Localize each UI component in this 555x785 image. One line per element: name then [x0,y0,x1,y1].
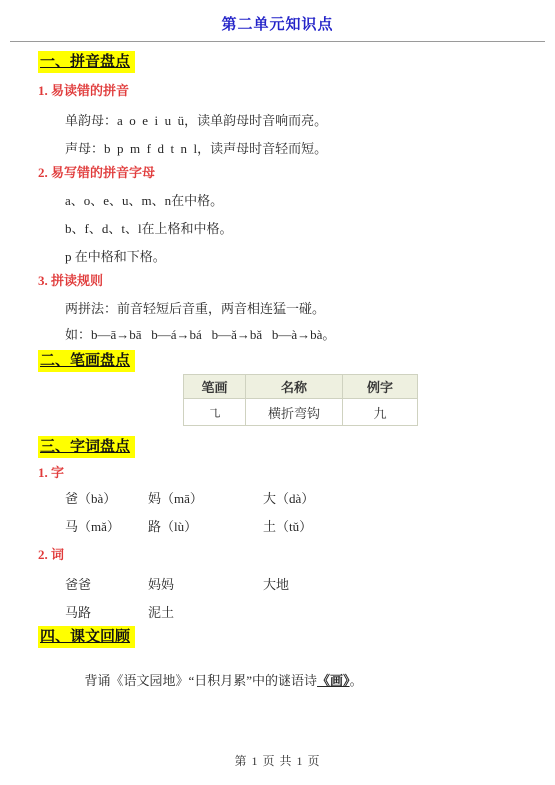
section-heading-strokes: 二、笔画盘点 [38,350,135,372]
table-header-name: 名称 [246,375,343,399]
pinyin-vowels-line: 单韵母：a o e i u ü，读单韵母时音响而亮。 [65,112,529,130]
char-ma: 妈（mā） [148,490,263,508]
section-heading-pinyin-row: 一、拼音盘点 [38,51,529,73]
recite-poem-title: 《画》 [317,673,350,688]
section-heading-review: 四、课文回顾 [38,626,135,648]
recite-line: 背诵《语文园地》“日积月累”中的谜语诗《画》。 [65,654,529,708]
document-body: 一、拼音盘点 1. 易读错的拼音 单韵母：a o e i u ü，读单韵母时音响… [0,51,555,708]
midline-letters-line: a、o、e、u、m、n在中格。 [65,192,529,210]
subheading-spelling-rules: 3. 拼读规则 [38,272,529,290]
subheading-words: 2. 词 [38,546,529,564]
words-row-2: 马路 泥土 [65,604,529,622]
document-page: 第二单元知识点 一、拼音盘点 1. 易读错的拼音 单韵母：a o e i u ü… [0,0,555,785]
table-header-example: 例字 [343,375,418,399]
pinyin-consonants-line: 声母：b p m f d t n l，读声母时音轻而短。 [65,140,529,158]
title-divider [10,41,545,42]
two-spell-rule-line: 两拼法：前音轻短后音重，两音相连猛一碰。 [65,300,529,318]
words-row-1: 爸爸 妈妈 大地 [65,576,529,594]
spelling-examples-line: 如：b—ā→bā b—á→bá b—ǎ→bǎ b—à→bà。 [65,326,529,344]
word-nitu: 泥土 [148,604,263,622]
word-empty [263,604,529,622]
char-tu: 土（tǔ） [263,518,529,536]
char-ba: 爸（bà） [65,490,148,508]
characters-row-1: 爸（bà） 妈（mā） 大（dà） [65,490,529,508]
char-lu: 路（lù） [148,518,263,536]
recite-suffix: 。 [350,673,363,688]
word-mama: 妈妈 [148,576,263,594]
section-heading-review-row: 四、课文回顾 [38,626,529,648]
char-da: 大（dà） [263,490,529,508]
subheading-characters: 1. 字 [38,464,529,482]
word-baba: 爸爸 [65,576,148,594]
subheading-pinyin-misread: 1. 易读错的拼音 [38,82,529,100]
char-ma3: 马（mǎ） [65,518,148,536]
table-cell-example-char: 九 [343,399,418,426]
word-malu: 马路 [65,604,148,622]
section-heading-strokes-row: 二、笔画盘点 [38,350,529,372]
section-heading-pinyin: 一、拼音盘点 [38,51,135,73]
section-heading-words: 三、字词盘点 [38,436,135,458]
lower-mid-letter-line: p 在中格和下格。 [65,248,529,266]
table-header-stroke: 笔画 [184,375,246,399]
word-dadi: 大地 [263,576,529,594]
page-title: 第二单元知识点 [0,0,555,34]
table-cell-stroke-glyph: ㇈ [184,399,246,426]
strokes-table-header-row: 笔画 名称 例字 [184,375,418,399]
table-cell-stroke-name: 横折弯钩 [246,399,343,426]
strokes-table-data-row: ㇈ 横折弯钩 九 [184,399,418,426]
page-number-footer: 第 1 页 共 1 页 [0,752,555,769]
strokes-table: 笔画 名称 例字 ㇈ 横折弯钩 九 [183,374,418,426]
recite-prefix: 背诵《语文园地》“日积月累”中的谜语诗 [85,673,318,688]
upper-mid-letters-line: b、f、d、t、l在上格和中格。 [65,220,529,238]
section-heading-words-row: 三、字词盘点 [38,436,529,458]
subheading-pinyin-miswrite: 2. 易写错的拼音字母 [38,164,529,182]
characters-row-2: 马（mǎ） 路（lù） 土（tǔ） [65,518,529,536]
